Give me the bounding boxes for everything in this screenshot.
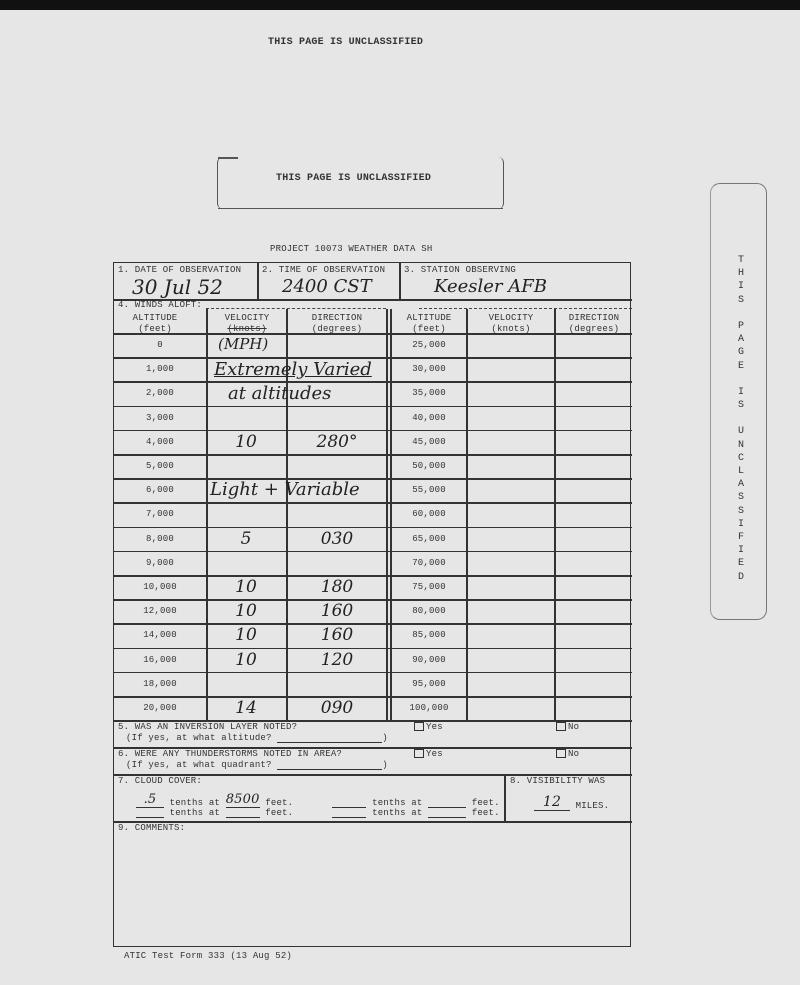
side-stamp-letter: E [736,360,746,373]
col-velocity-header: VELOCITY(knots) [208,313,286,335]
direction2-cell[interactable] [556,575,631,599]
table-row: 025,000 [114,333,632,357]
col-altitude2-header: ALTITUDE(feet) [396,313,462,335]
table-row: 18,00095,000 [114,672,632,696]
direction2-cell[interactable] [556,430,631,454]
altitude2-cell: 85,000 [398,630,460,640]
velocity2-cell[interactable] [468,623,553,647]
altitude2-cell: 30,000 [398,364,460,374]
altitude-cell: 4,000 [127,437,193,447]
altitude2-cell: 60,000 [398,509,460,519]
table-row: 8,000503065,000 [114,527,632,551]
altitude-cell: 9,000 [127,558,193,568]
side-stamp-letter: S [736,294,746,307]
velocity2-cell[interactable] [468,478,553,502]
altitude2-cell: 45,000 [398,437,460,447]
direction2-cell[interactable] [556,333,631,357]
table-row: 2,00035,000 [114,381,632,405]
direction-cell[interactable]: 030 [290,529,384,549]
inversion-question: 5. WAS AN INVERSION LAYER NOTED? [118,722,297,732]
velocity2-cell[interactable] [468,575,553,599]
velocity2-cell[interactable] [468,406,553,430]
velocity2-cell[interactable] [468,599,553,623]
direction2-cell[interactable] [556,478,631,502]
station-label: 3. STATION OBSERVING [404,265,516,275]
date-label: 1. DATE OF OBSERVATION [118,265,241,275]
side-stamp-letter: A [736,478,746,491]
direction-cell[interactable]: 180 [290,577,384,597]
direction-cell[interactable]: 160 [290,625,384,645]
side-stamp-letter: P [736,320,746,333]
altitude-cell: 12,000 [127,606,193,616]
time-value[interactable]: 2400 CST [282,276,372,297]
altitude-cell: 14,000 [127,630,193,640]
side-stamp-letter: I [736,280,746,293]
col-velocity2-header: VELOCITY(knots) [469,313,553,335]
altitude-cell: 20,000 [127,703,193,713]
altitude-cell: 2,000 [127,388,193,398]
col-altitude-header: ALTITUDE(feet) [122,313,188,335]
note-extremely-varied: Extremely Varied [214,359,372,380]
direction2-cell[interactable] [556,599,631,623]
altitude-cell: 1,000 [127,364,193,374]
direction2-cell[interactable] [556,623,631,647]
side-stamp-letter: S [736,505,746,518]
winds-aloft-label: 4. WINDS ALOFT: [118,300,202,310]
station-value[interactable]: Keesler AFB [434,276,547,297]
direction2-cell[interactable] [556,648,631,672]
altitude2-cell: 75,000 [398,582,460,592]
altitude2-cell: 25,000 [398,340,460,350]
side-stamp-letter: C [736,452,746,465]
thunderstorm-no-checkbox[interactable]: No [556,749,579,759]
direction2-cell[interactable] [556,502,631,526]
altitude2-cell: 90,000 [398,655,460,665]
weather-data-form: 1. DATE OF OBSERVATION 2. TIME OF OBSERV… [113,262,631,947]
side-stamp-letter: S [736,399,746,412]
side-stamp-letter: I [736,544,746,557]
direction2-cell[interactable] [556,551,631,575]
visibility-label: 8. VISIBILITY WAS [510,776,605,786]
cloud-tenths-1[interactable]: .5 [136,792,164,808]
velocity2-cell[interactable] [468,672,553,696]
velocity2-cell[interactable] [468,454,553,478]
direction2-cell[interactable] [556,357,631,381]
velocity-cell[interactable]: 10 [210,650,282,670]
side-stamp-letter: A [736,333,746,346]
side-stamp-letter: S [736,491,746,504]
direction2-cell[interactable] [556,696,631,720]
table-row: 20,00014090100,000 [114,696,632,720]
velocity2-cell[interactable] [468,502,553,526]
note-light-variable: Light + Variable [210,479,360,500]
altitude-cell: 0 [127,340,193,350]
altitude-cell: 3,000 [127,413,193,423]
visibility-row: 12 MILES. [534,794,609,811]
table-row: 5,00050,000 [114,454,632,478]
altitude-cell: 10,000 [127,582,193,592]
altitude-cell: 7,000 [127,509,193,519]
cloud-cover-row2: tenths at feet. tenths at feet. [136,808,500,818]
altitude2-cell: 50,000 [398,461,460,471]
side-stamp-letter: U [736,425,746,438]
col-direction-header: DIRECTION(degrees) [289,313,385,335]
thunderstorm-sub: (If yes, at what quadrant? ) [126,760,388,770]
cloud-feet-1[interactable]: 8500 [226,792,260,808]
visibility-value[interactable]: 12 [534,794,570,811]
time-label: 2. TIME OF OBSERVATION [262,265,385,275]
cloud-tenths-3[interactable] [136,817,164,818]
velocity-unit-note: (MPH) [218,335,268,353]
side-stamp-letter: G [736,346,746,359]
direction-cell[interactable]: 120 [290,650,384,670]
velocity-cell[interactable]: 5 [210,529,282,549]
velocity-cell[interactable]: 10 [210,601,282,621]
cloud-tenths-4[interactable] [332,817,366,818]
thunderstorm-yes-checkbox[interactable]: Yes [414,749,443,759]
altitude2-cell: 40,000 [398,413,460,423]
direction2-cell[interactable] [556,672,631,696]
altitude-cell: 18,000 [127,679,193,689]
inversion-yes-checkbox[interactable]: Yes [414,722,443,732]
cloud-feet-4[interactable] [428,817,466,818]
direction-cell[interactable]: 090 [290,698,384,718]
altitude2-cell: 95,000 [398,679,460,689]
velocity-cell[interactable]: 10 [210,432,282,452]
box-classification-stamp: THIS PAGE IS UNCLASSIFIED [276,173,431,184]
velocity2-cell[interactable] [468,648,553,672]
table-row: 4,00010280°45,000 [114,430,632,454]
inversion-no-checkbox[interactable]: No [556,722,579,732]
side-stamp-letter [736,307,746,320]
table-row: 7,00060,000 [114,502,632,526]
side-stamp-letter: I [736,518,746,531]
table-row: 16,0001012090,000 [114,648,632,672]
scan-top-border [0,0,800,10]
direction2-cell[interactable] [556,454,631,478]
side-stamp-letter: L [736,465,746,478]
date-value[interactable]: 30 Jul 52 [132,275,223,299]
altitude2-cell: 70,000 [398,558,460,568]
velocity-cell[interactable]: 10 [210,577,282,597]
velocity2-cell[interactable] [468,357,553,381]
table-row: 10,0001018075,000 [114,575,632,599]
direction2-cell[interactable] [556,406,631,430]
form-title: PROJECT 10073 WEATHER DATA SH [270,244,432,254]
direction-cell[interactable]: 160 [290,601,384,621]
side-stamp-letter: D [736,571,746,584]
side-stamp-letter [736,373,746,386]
cloud-cover-label: 7. CLOUD COVER: [118,776,202,786]
side-stamp-letter [736,412,746,425]
cloud-feet-3[interactable] [226,817,260,818]
altitude2-cell: 100,000 [398,703,460,713]
table-row: 9,00070,000 [114,551,632,575]
cloud-cover-row1: .5 tenths at 8500 feet. tenths at feet. [136,792,500,808]
table-row: 6,00055,000 [114,478,632,502]
direction2-cell[interactable] [556,381,631,405]
altitude-cell: 16,000 [127,655,193,665]
table-row: 12,0001016080,000 [114,599,632,623]
direction2-cell[interactable] [556,527,631,551]
direction-cell[interactable]: 280° [290,432,384,452]
altitude2-cell: 55,000 [398,485,460,495]
top-classification-stamp: THIS PAGE IS UNCLASSIFIED [268,37,423,48]
velocity2-cell[interactable] [468,430,553,454]
note-at-altitudes: at altitudes [228,383,331,404]
velocity2-cell[interactable] [468,527,553,551]
velocity-cell[interactable]: 10 [210,625,282,645]
inversion-sub: (If yes, at what altitude? ) [126,733,388,743]
side-stamp-letter: F [736,531,746,544]
altitude2-cell: 65,000 [398,534,460,544]
form-footer-id: ATIC Test Form 333 (13 Aug 52) [124,951,292,961]
velocity2-cell[interactable] [468,333,553,357]
altitude-cell: 8,000 [127,534,193,544]
side-classification-stamp: THISPAGEISUNCLASSIFIED [736,254,746,584]
velocity-cell[interactable]: 14 [210,698,282,718]
side-stamp-letter: H [736,267,746,280]
side-stamp-letter: I [736,386,746,399]
table-row: 3,00040,000 [114,406,632,430]
comments-label: 9. COMMENTS: [118,823,185,833]
velocity2-cell[interactable] [468,381,553,405]
table-row: 14,0001016085,000 [114,623,632,647]
side-stamp-letter: T [736,254,746,267]
altitude2-cell: 35,000 [398,388,460,398]
side-stamp-letter: E [736,557,746,570]
velocity2-cell[interactable] [468,551,553,575]
velocity2-cell[interactable] [468,696,553,720]
altitude-cell: 5,000 [127,461,193,471]
altitude-cell: 6,000 [127,485,193,495]
table-row: 1,00030,000 [114,357,632,381]
col-direction2-header: DIRECTION(degrees) [556,313,632,335]
thunderstorm-question: 6. WERE ANY THUNDERSTORMS NOTED IN AREA? [118,749,342,759]
altitude2-cell: 80,000 [398,606,460,616]
comments-area[interactable] [116,835,628,943]
side-stamp-letter: N [736,439,746,452]
